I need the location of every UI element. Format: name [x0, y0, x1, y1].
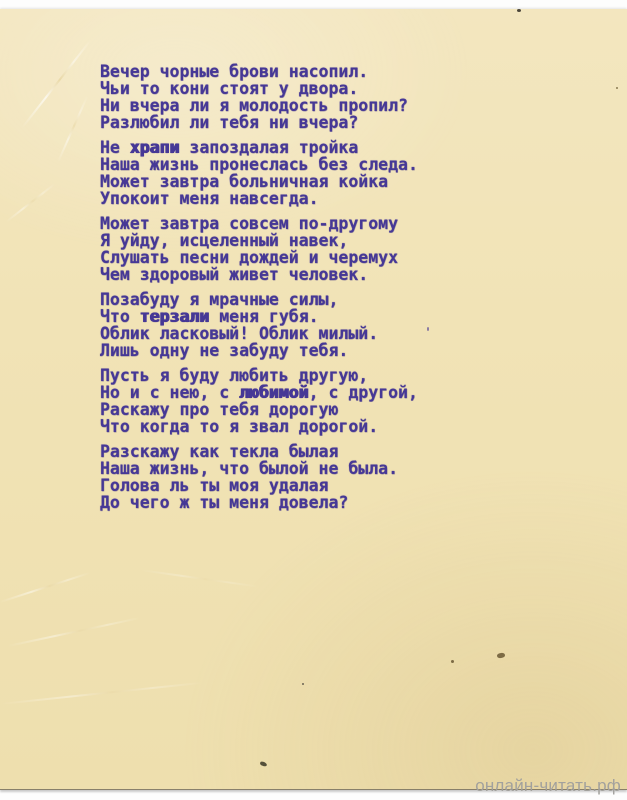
poem-line: Вечер чорные брови насопил.: [100, 63, 418, 80]
paper-stain: [427, 327, 429, 331]
poem-line: Лишь одну не забуду тебя.: [100, 342, 418, 359]
poem-line: Раскажу про тебя дорогую: [100, 401, 418, 418]
poem-line: Я уйду, исцеленный навек,: [100, 232, 418, 249]
poem-stanza: Пусть я буду любить другую,Но и с нею, с…: [100, 367, 418, 435]
poem-line: Чем здоровый живет человек.: [100, 266, 418, 283]
poem-line: Наша жизнь пронеслась без следа.: [100, 156, 418, 173]
poem-stanza: Вечер чорные брови насопил.Чьи то кони с…: [100, 63, 418, 131]
paper-stain: [517, 9, 521, 12]
poem-line: Пусть я буду любить другую,: [100, 367, 418, 384]
poem-line: Может завтра больничная койка: [100, 173, 418, 190]
poem-line: Позабуду я мрачные силы,: [100, 291, 418, 308]
poem-line: Чьи то кони стоят у двора.: [100, 80, 418, 97]
poem-line: Что терзали меня губя.: [100, 308, 418, 325]
paper-stain: [497, 652, 506, 658]
poem-stanza: Позабуду я мрачные силы,Что терзали меня…: [100, 291, 418, 359]
poem-line: Но и с нею, с любимой, с другой,: [100, 384, 418, 401]
paper-crease: [57, 96, 88, 163]
poem-text: Вечер чорные брови насопил.Чьи то кони с…: [100, 63, 418, 519]
watermark-site-label: онлайн-читать.рф: [475, 776, 621, 796]
poem-line: Не храпи запоздалая тройка: [100, 139, 418, 156]
poem-line: Облик ласковый! Облик милый.: [100, 325, 418, 342]
paper-stain: [260, 761, 268, 767]
paper-crease: [0, 682, 204, 705]
paper-stain: [616, 87, 618, 89]
poem-line: Может завтра совсем по-другому: [100, 215, 418, 232]
paper-crease: [8, 617, 140, 647]
paper-crease: [21, 39, 92, 128]
poem-line: Ни вчера ли я молодость пропил?: [100, 97, 418, 114]
poem-line: Слушать песни дождей и черемух: [100, 249, 418, 266]
paper-stain: [302, 683, 304, 685]
poem-stanza: Разскажу как текла былаяНаша жизнь, что …: [100, 443, 418, 511]
poem-line: Что когда то я звал дорогой.: [100, 418, 418, 435]
poem-line: Наша жизнь, что былой не была.: [100, 460, 418, 477]
paper-crease: [5, 183, 55, 223]
poem-line: Упокоит меня навсегда.: [100, 190, 418, 207]
poem-stanza: Может завтра совсем по-другомуЯ уйду, ис…: [100, 215, 418, 283]
paper-stain: [451, 660, 454, 663]
poem-line: Разлюбил ли тебя ни вчера?: [100, 114, 418, 131]
poem-stanza: Не храпи запоздалая тройкаНаша жизнь про…: [100, 139, 418, 207]
poem-line: До чего ж ты меня довела?: [100, 494, 418, 511]
poem-line: Разскажу как текла былая: [100, 443, 418, 460]
paper-crease: [140, 569, 259, 588]
poem-line: Голова ль ты моя удалая: [100, 477, 418, 494]
paper-crease: [0, 572, 91, 603]
